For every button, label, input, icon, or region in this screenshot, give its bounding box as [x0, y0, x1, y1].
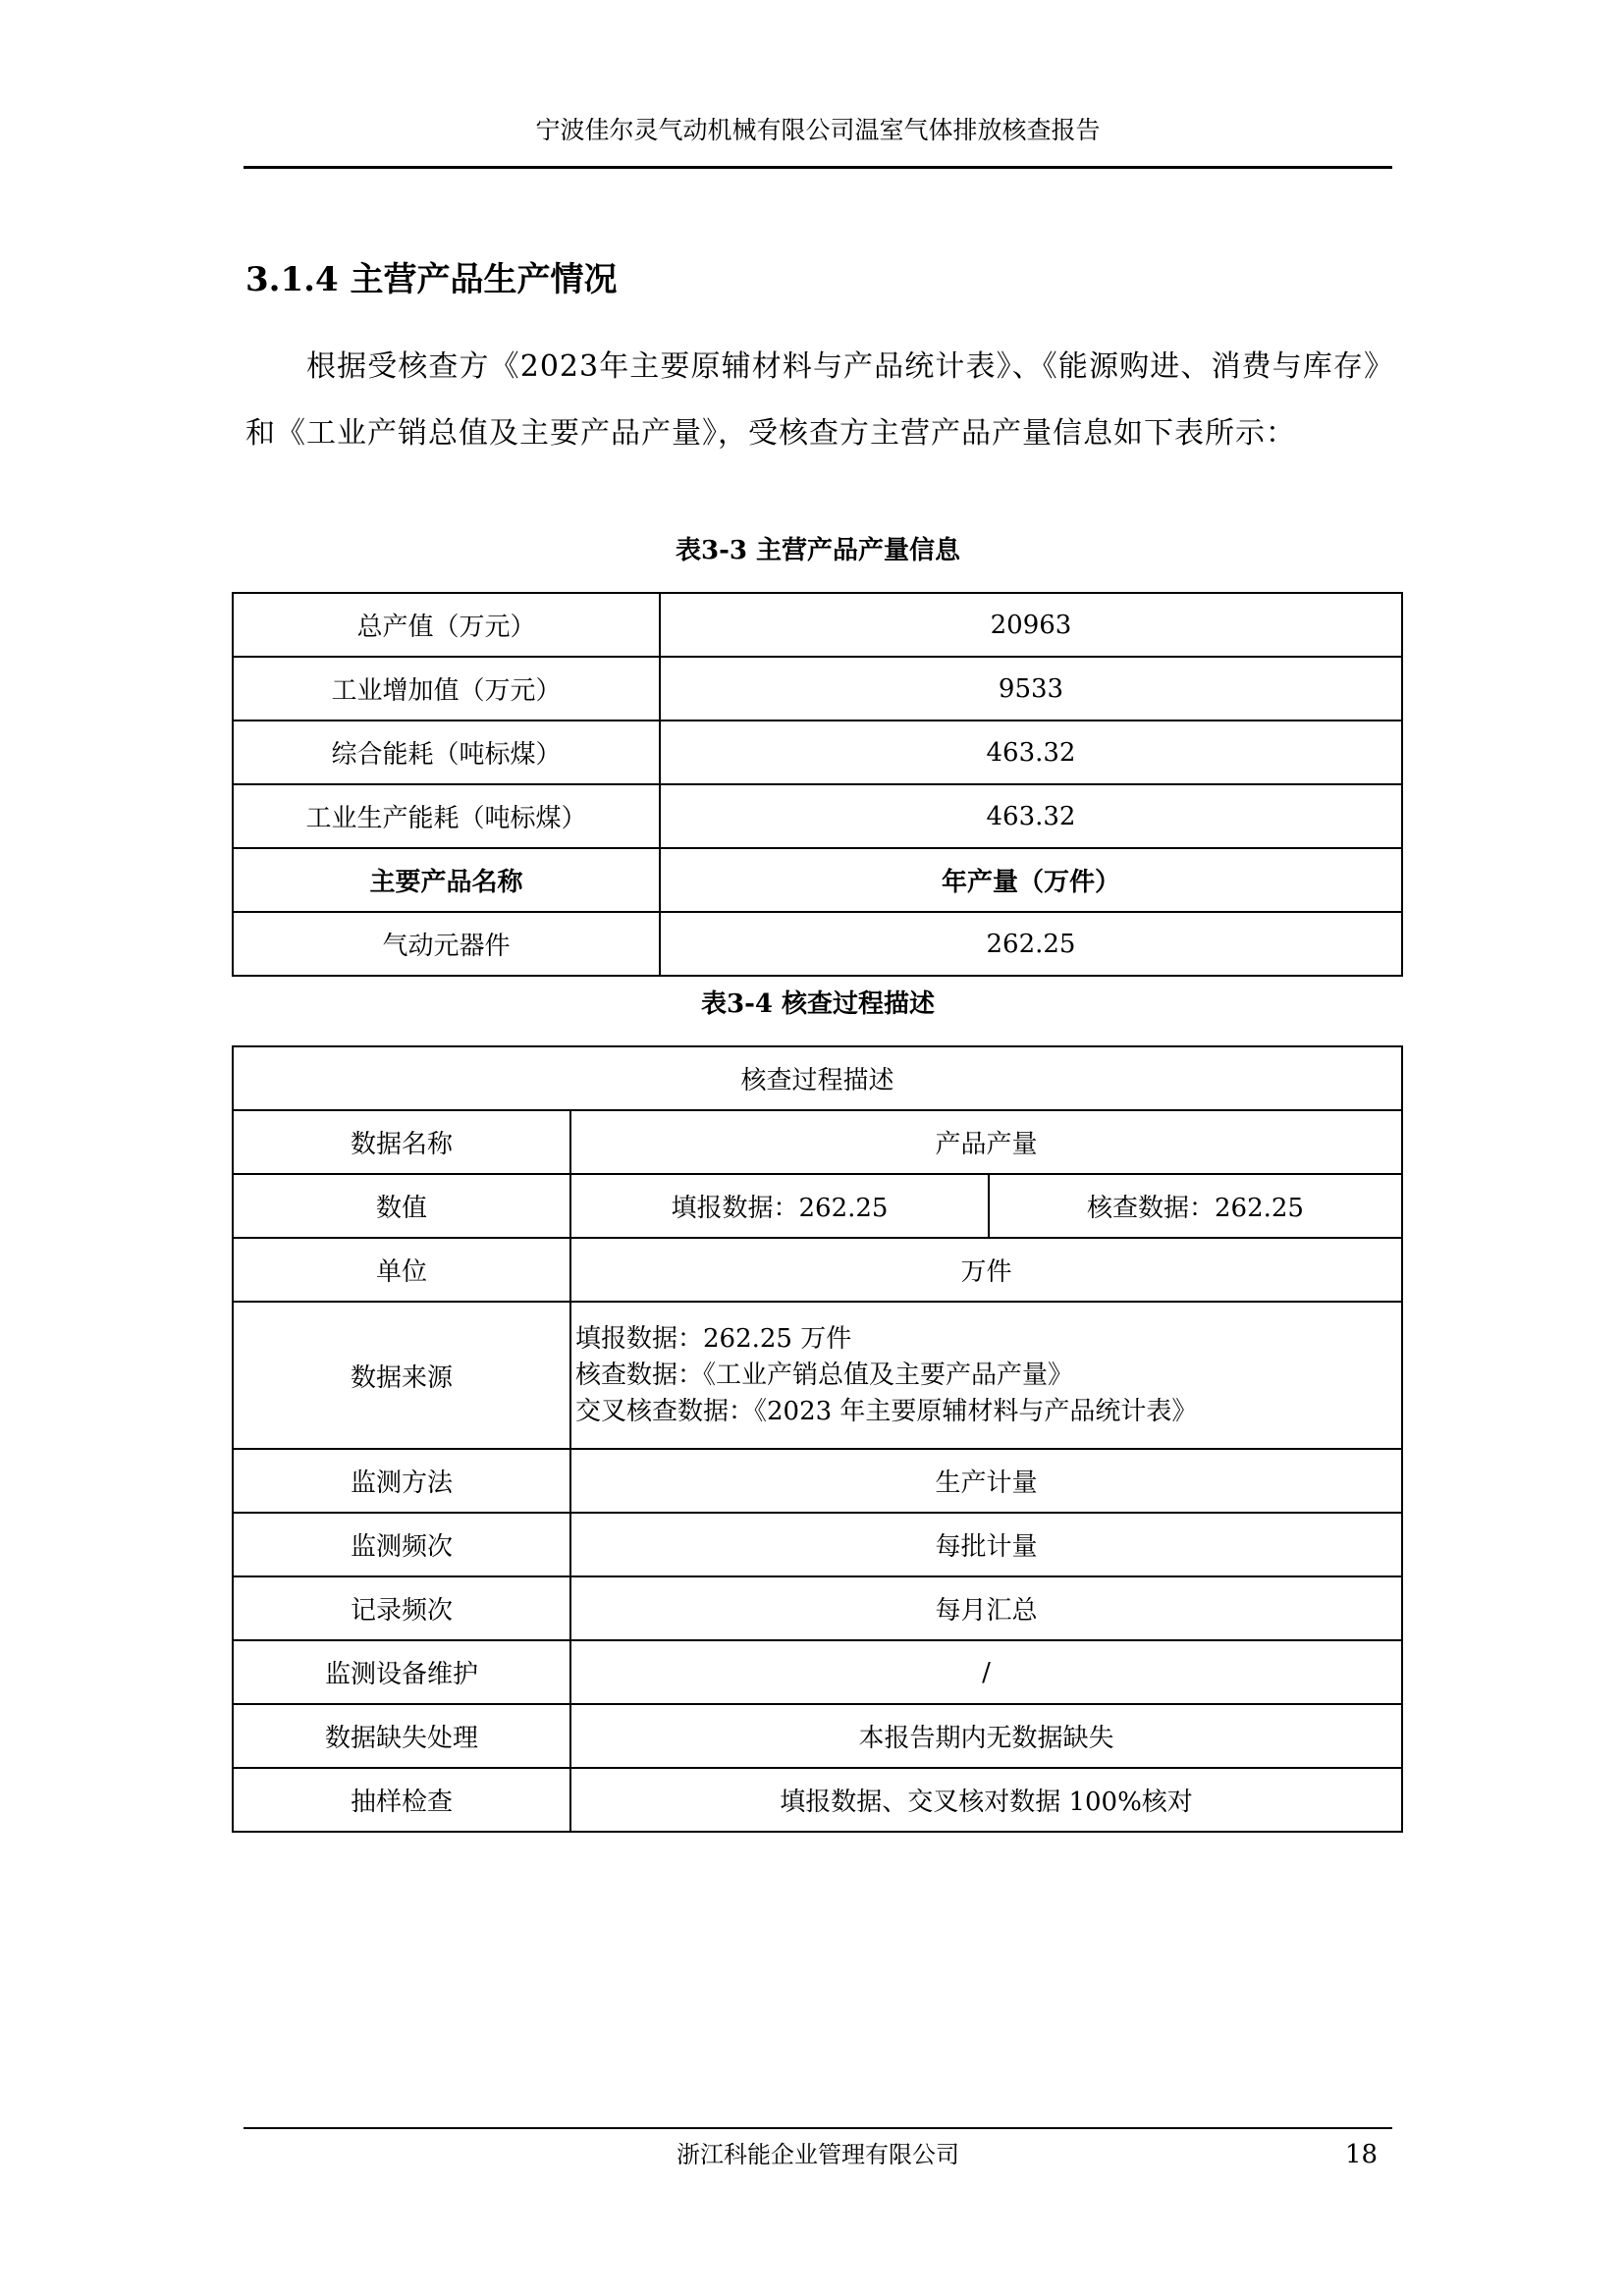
footer-divider: [244, 2127, 1392, 2129]
table-row: 气动元器件 262.25: [233, 912, 1402, 976]
row-value: 9533: [660, 657, 1402, 721]
row-value: 20963: [660, 593, 1402, 657]
row-label: 气动元器件: [233, 912, 660, 976]
row-label: 工业增加值（万元）: [233, 657, 660, 721]
column-header: 主要产品名称: [233, 848, 660, 912]
row-label: 监测方法: [233, 1449, 570, 1513]
column-header: 年产量（万件）: [660, 848, 1402, 912]
table-row: 总产值（万元） 20963: [233, 593, 1402, 657]
row-label: 工业生产能耗（吨标煤）: [233, 784, 660, 848]
table-row: 单位 万件: [233, 1238, 1402, 1302]
source-line: 交叉核查数据：《2023 年主要原辅材料与产品统计表》: [575, 1394, 1401, 1430]
source-line: 填报数据：262.25 万件: [575, 1321, 1401, 1358]
row-label: 数据来源: [233, 1302, 570, 1449]
row-label: 数据名称: [233, 1110, 570, 1174]
table-title-row: 核查过程描述: [233, 1046, 1402, 1110]
row-label: 抽样检查: [233, 1768, 570, 1832]
row-value: 万件: [570, 1238, 1402, 1302]
row-value: 463.32: [660, 721, 1402, 784]
row-label: 总产值（万元）: [233, 593, 660, 657]
body-paragraph: 根据受核查方《2023年主要原辅材料与产品统计表》、《能源购进、消费与库存》和《…: [245, 334, 1394, 467]
table-row: 综合能耗（吨标煤） 463.32: [233, 721, 1402, 784]
verification-process-table: 核查过程描述 数据名称 产品产量 数值 填报数据：262.25 核查数据：262…: [232, 1045, 1403, 1833]
table-row: 记录频次 每月汇总: [233, 1576, 1402, 1640]
table-row: 数值 填报数据：262.25 核查数据：262.25: [233, 1174, 1402, 1238]
data-source-cell: 填报数据：262.25 万件 核查数据：《工业产销总值及主要产品产量》 交叉核查…: [570, 1302, 1402, 1449]
document-page: 宁波佳尔灵气动机械有限公司温室气体排放核查报告 3.1.4 主营产品生产情况 根…: [0, 0, 1624, 2296]
row-label: 单位: [233, 1238, 570, 1302]
row-label: 综合能耗（吨标煤）: [233, 721, 660, 784]
row-label: 记录频次: [233, 1576, 570, 1640]
running-header: 宁波佳尔灵气动机械有限公司温室气体排放核查报告: [244, 116, 1392, 145]
table-title-cell: 核查过程描述: [233, 1046, 1402, 1110]
row-value: /: [570, 1640, 1402, 1704]
row-label: 监测设备维护: [233, 1640, 570, 1704]
page-number: 18: [1345, 2140, 1378, 2169]
footer-company: 浙江科能企业管理有限公司: [244, 2140, 1392, 2169]
section-heading: 3.1.4 主营产品生产情况: [245, 257, 617, 302]
verified-value: 核查数据：262.25: [989, 1174, 1402, 1238]
header-divider: [244, 166, 1392, 169]
table-3-4-caption: 表3-4 核查过程描述: [244, 988, 1392, 1021]
table-row: 工业增加值（万元） 9533: [233, 657, 1402, 721]
row-label: 监测频次: [233, 1513, 570, 1576]
row-value: 每批计量: [570, 1513, 1402, 1576]
table-header-row: 主要产品名称 年产量（万件）: [233, 848, 1402, 912]
row-value: 每月汇总: [570, 1576, 1402, 1640]
row-value: 463.32: [660, 784, 1402, 848]
row-label: 数值: [233, 1174, 570, 1238]
table-row: 数据名称 产品产量: [233, 1110, 1402, 1174]
table-row: 数据来源 填报数据：262.25 万件 核查数据：《工业产销总值及主要产品产量》…: [233, 1302, 1402, 1449]
source-line: 核查数据：《工业产销总值及主要产品产量》: [575, 1358, 1401, 1394]
table-row: 抽样检查 填报数据、交叉核对数据 100%核对: [233, 1768, 1402, 1832]
row-value: 产品产量: [570, 1110, 1402, 1174]
product-output-table: 总产值（万元） 20963 工业增加值（万元） 9533 综合能耗（吨标煤） 4…: [232, 592, 1403, 977]
table-row: 监测方法 生产计量: [233, 1449, 1402, 1513]
table-3-3-caption: 表3-3 主营产品产量信息: [244, 534, 1392, 567]
row-value: 262.25: [660, 912, 1402, 976]
table-row: 工业生产能耗（吨标煤） 463.32: [233, 784, 1402, 848]
row-label: 数据缺失处理: [233, 1704, 570, 1768]
row-value: 填报数据、交叉核对数据 100%核对: [570, 1768, 1402, 1832]
row-value: 生产计量: [570, 1449, 1402, 1513]
table-row: 监测设备维护 /: [233, 1640, 1402, 1704]
table-row: 监测频次 每批计量: [233, 1513, 1402, 1576]
reported-value: 填报数据：262.25: [570, 1174, 989, 1238]
table-row: 数据缺失处理 本报告期内无数据缺失: [233, 1704, 1402, 1768]
row-value: 本报告期内无数据缺失: [570, 1704, 1402, 1768]
